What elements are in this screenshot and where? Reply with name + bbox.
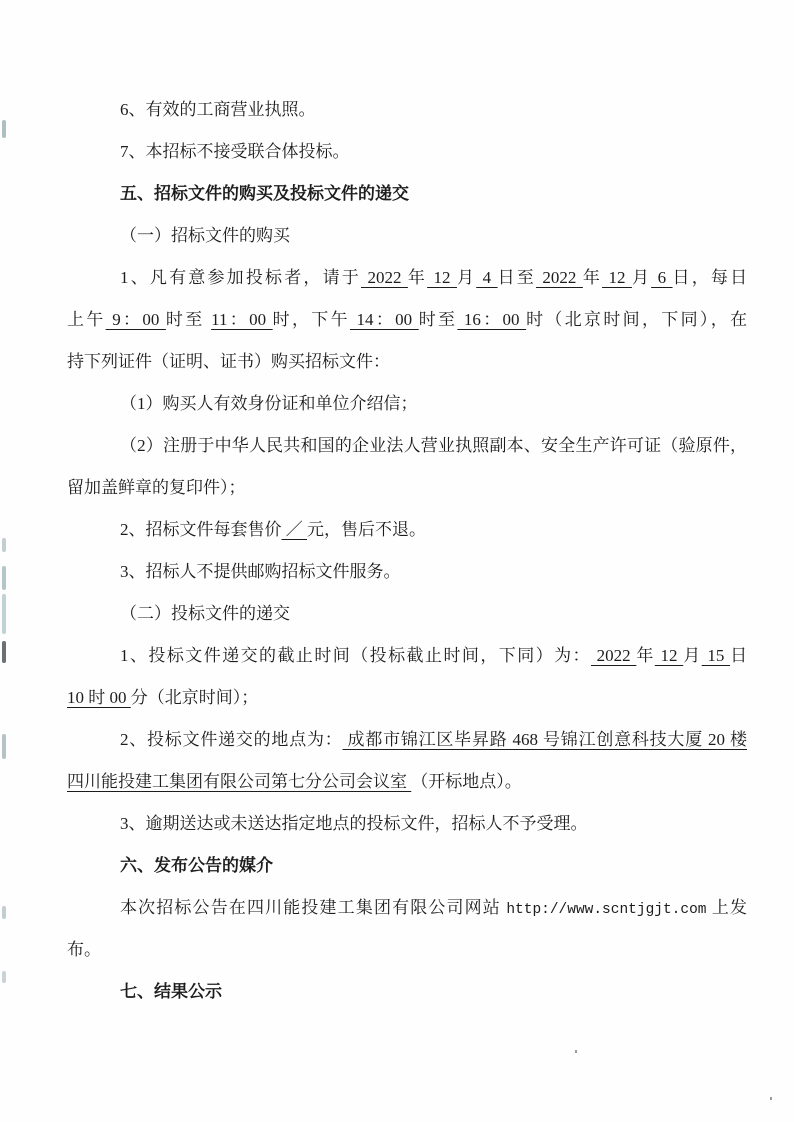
para-deadline-1: 1、投标文件递交的截止时间（投标截止时间，下同）为： 2022 年 12 月 1…: [67, 635, 747, 677]
para-announcement-2: 布。: [67, 929, 747, 971]
underlined-fill-in-text: 12: [655, 646, 683, 665]
scan-edge-mark: [2, 971, 6, 983]
text-run: 7、本招标不接受联合体投标。: [120, 142, 350, 161]
underlined-fill-in-text: 2022: [361, 268, 408, 287]
scan-speck: [770, 1097, 772, 1100]
scan-edge-mark: [2, 566, 6, 590]
heading-section-6: 六、发布公告的媒介: [67, 845, 747, 887]
text-run: 五、招标文件的购买及投标文件的递交: [120, 184, 409, 203]
scan-edge-mark: [2, 734, 6, 759]
text-run: 日，每日: [673, 268, 747, 287]
text-run: 年: [408, 268, 427, 287]
document-body: 6、有效的工商营业执照。7、本招标不接受联合体投标。五、招标文件的购买及投标文件…: [67, 89, 747, 1013]
underlined-fill-in-text: 14：00: [350, 310, 419, 329]
text-run: 时至: [166, 310, 211, 329]
scan-speck: [575, 1050, 577, 1053]
item-no-mail: 3、招标人不提供邮购招标文件服务。: [67, 551, 747, 593]
text-run: 1、投标文件递交的截止时间（投标截止时间，下同）为：: [120, 646, 591, 665]
text-run: 年: [583, 268, 602, 287]
text-run: （1）购买人有效身份证和单位介绍信；: [120, 394, 418, 413]
scan-edge-mark: [2, 906, 6, 919]
heading-section-7: 七、结果公示: [67, 971, 747, 1013]
text-run: 6、有效的工商营业执照。: [120, 100, 316, 119]
para-deadline-2: 10 时 00 分（北京时间）；: [67, 677, 747, 719]
underlined-fill-in-text: 12: [427, 268, 457, 287]
item-license-1: （2）注册于中华人民共和国的企业法人营业执照副本、安全生产许可证（验原件，: [67, 425, 747, 467]
text-run: （二）投标文件的递交: [120, 604, 290, 623]
line-item-7: 7、本招标不接受联合体投标。: [67, 131, 747, 173]
underlined-fill-in-text: 15: [702, 646, 730, 665]
underlined-fill-in-text: 16：00: [457, 310, 526, 329]
para-purchase-time-2: 上午 9：00 时至 11：00 时，下午 14：00 时至 16：00 时（北…: [67, 299, 747, 341]
text-run: 月: [632, 268, 651, 287]
para-purchase-time-1: 1、凡有意参加投标者，请于 2022 年 12 月 4 日至 2022 年 12…: [67, 257, 747, 299]
item-price: 2、招标文件每套售价 ／ 元，售后不退。: [67, 509, 747, 551]
underlined-fill-in-text: 12: [602, 268, 632, 287]
scan-edge-mark: [2, 641, 6, 663]
url-text: http://www.scntjgjt.com: [506, 902, 706, 918]
subheading-purchase: （一）招标文件的购买: [67, 215, 747, 257]
underlined-fill-in-text: 11：00: [211, 310, 273, 329]
text-run: 2、投标文件递交的地点为：: [120, 730, 343, 749]
text-run: 1、凡有意参加投标者，请于: [120, 268, 361, 287]
text-run: 2、招标文件每套售价: [120, 520, 282, 539]
text-run: 时（北京时间，下同），在: [526, 310, 747, 329]
text-run: 上午: [67, 310, 106, 329]
scanned-document-page: 6、有效的工商营业执照。7、本招标不接受联合体投标。五、招标文件的购买及投标文件…: [0, 0, 794, 1122]
underlined-fill-in-text: 4: [476, 268, 497, 287]
text-run: 分（北京时间）；: [131, 688, 259, 707]
item-id-letter: （1）购买人有效身份证和单位介绍信；: [67, 383, 747, 425]
underlined-fill-in-text: 2022: [591, 646, 636, 665]
underlined-fill-in-text: 9：00: [106, 310, 166, 329]
item-license-2: 留加盖鲜章的复印件）；: [67, 467, 747, 509]
text-run: 七、结果公示: [120, 982, 222, 1001]
text-run: （开标地点）。: [411, 772, 522, 791]
para-late-rejection: 3、逾期送达或未送达指定地点的投标文件，招标人不予受理。: [67, 803, 747, 845]
underlined-fill-in-text: 6: [651, 268, 672, 287]
underlined-fill-in-text: 成都市锦江区毕昇路 468 号锦江创意科技大厦 20 楼: [343, 730, 747, 749]
text-run: 年: [636, 646, 654, 665]
text-run: 留加盖鲜章的复印件）；: [67, 478, 246, 497]
text-run: 3、逾期送达或未送达指定地点的投标文件，招标人不予受理。: [120, 814, 588, 833]
text-run: 月: [457, 268, 476, 287]
heading-section-5: 五、招标文件的购买及投标文件的递交: [67, 173, 747, 215]
para-purchase-time-3: 持下列证件（证明、证书）购买招标文件：: [67, 341, 747, 383]
text-run: 持下列证件（证明、证书）购买招标文件：: [67, 352, 390, 371]
text-run: 时至: [419, 310, 458, 329]
text-run: 3、招标人不提供邮购招标文件服务。: [120, 562, 401, 581]
text-run: 本次招标公告在四川能投建工集团有限公司网站: [120, 898, 506, 917]
line-item-6: 6、有效的工商营业执照。: [67, 89, 747, 131]
scan-edge-mark: [2, 120, 6, 138]
underlined-fill-in-text: 四川能投建工集团有限公司第七分公司会议室: [67, 772, 411, 791]
text-run: 元，售后不退。: [307, 520, 426, 539]
text-run: 日: [730, 646, 747, 665]
text-run: （2）注册于中华人民共和国的企业法人营业执照副本、安全生产许可证（验原件，: [120, 436, 747, 455]
underlined-fill-in-text: 10 时 00: [67, 688, 131, 707]
text-run: 上发: [706, 898, 747, 917]
text-run: 布。: [67, 940, 101, 959]
underlined-fill-in-text: 2022: [536, 268, 583, 287]
text-run: 六、发布公告的媒介: [120, 856, 273, 875]
text-run: 时，下午: [273, 310, 350, 329]
scan-edge-mark: [2, 594, 6, 634]
para-location-1: 2、投标文件递交的地点为： 成都市锦江区毕昇路 468 号锦江创意科技大厦 20…: [67, 719, 747, 761]
text-run: 日至: [498, 268, 536, 287]
scan-edge-mark: [2, 538, 6, 552]
para-location-2: 四川能投建工集团有限公司第七分公司会议室 （开标地点）。: [67, 761, 747, 803]
text-run: 月: [683, 646, 701, 665]
subheading-submission: （二）投标文件的递交: [67, 593, 747, 635]
text-run: （一）招标文件的购买: [120, 226, 290, 245]
para-announcement-1: 本次招标公告在四川能投建工集团有限公司网站 http://www.scntjgj…: [67, 887, 747, 929]
underlined-fill-in-text: ／: [282, 520, 308, 539]
